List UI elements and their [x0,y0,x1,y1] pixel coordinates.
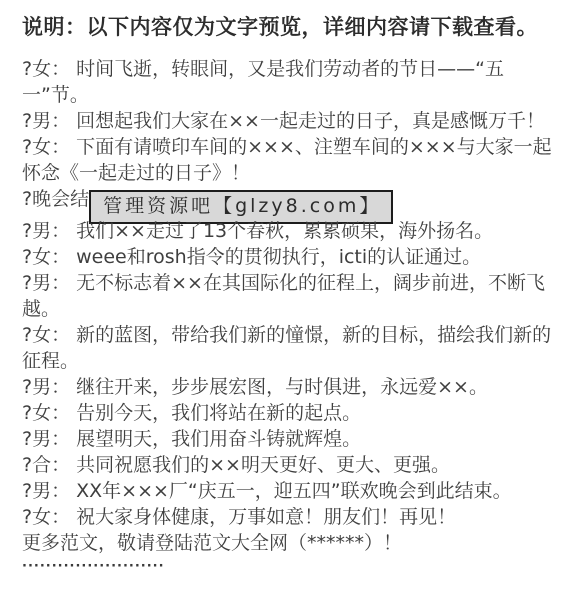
script-line-13: ?男： XX年×××厂“庆五一，迎五四”联欢晚会到此结束。 [22,478,560,504]
script-line-6: ?女： weee和rosh指令的贯彻执行，icti的认证通过。 [22,244,560,270]
script-line-11: ?男： 展望明天，我们用奋斗铸就辉煌。 [22,426,560,452]
ellipsis-row: ························ [22,558,560,576]
footer-note: 更多范文，敬请登陆范文大全网（******）！ [22,530,560,556]
script-line-10: ?女： 告别今天，我们将站在新的起点。 [22,400,560,426]
script-line-7: ?男： 无不标志着××在其国际化的征程上，阔步前进，不断飞越。 [22,270,560,322]
script-line-8: ?女： 新的蓝图，带给我们新的憧憬，新的目标，描绘我们新的征程。 [22,322,560,374]
script-line-4-with-watermark: ?晚会结管理资源吧【glzy8.com】 [22,186,560,218]
script-line-1: ?女： 时间飞逝，转眼间，又是我们劳动者的节日——“五一”节。 [22,56,560,108]
watermark-text: 管理资源吧【glzy8.com】 [103,195,381,217]
preview-notice: 说明：以下内容仅为文字预览，详细内容请下载查看。 [22,13,560,41]
watermark-line-prefix: ?晚会结 [22,188,89,210]
script-line-9: ?男： 继往开来，步步展宏图，与时俱进，永远爱××。 [22,374,560,400]
script-line-2: ?男： 回想起我们大家在××一起走过的日子，真是感慨万千！ [22,108,560,134]
document-preview-page: 说明：以下内容仅为文字预览，详细内容请下载查看。 ?女： 时间飞逝，转眼间，又是… [0,0,578,576]
script-line-3: ?女： 下面有请喷印车间的×××、注塑车间的×××与大家一起怀念《一起走过的日子… [22,134,560,186]
script-line-12: ?合： 共同祝愿我们的××明天更好、更大、更强。 [22,452,560,478]
script-line-5: ?男： 我们××走过了13个春秋，累累硕果，海外扬名。 [22,218,560,244]
script-body: ?女： 时间飞逝，转眼间，又是我们劳动者的节日——“五一”节。 ?男： 回想起我… [22,56,560,576]
script-line-14: ?女： 祝大家身体健康，万事如意！朋友们！再见！ [22,504,560,530]
